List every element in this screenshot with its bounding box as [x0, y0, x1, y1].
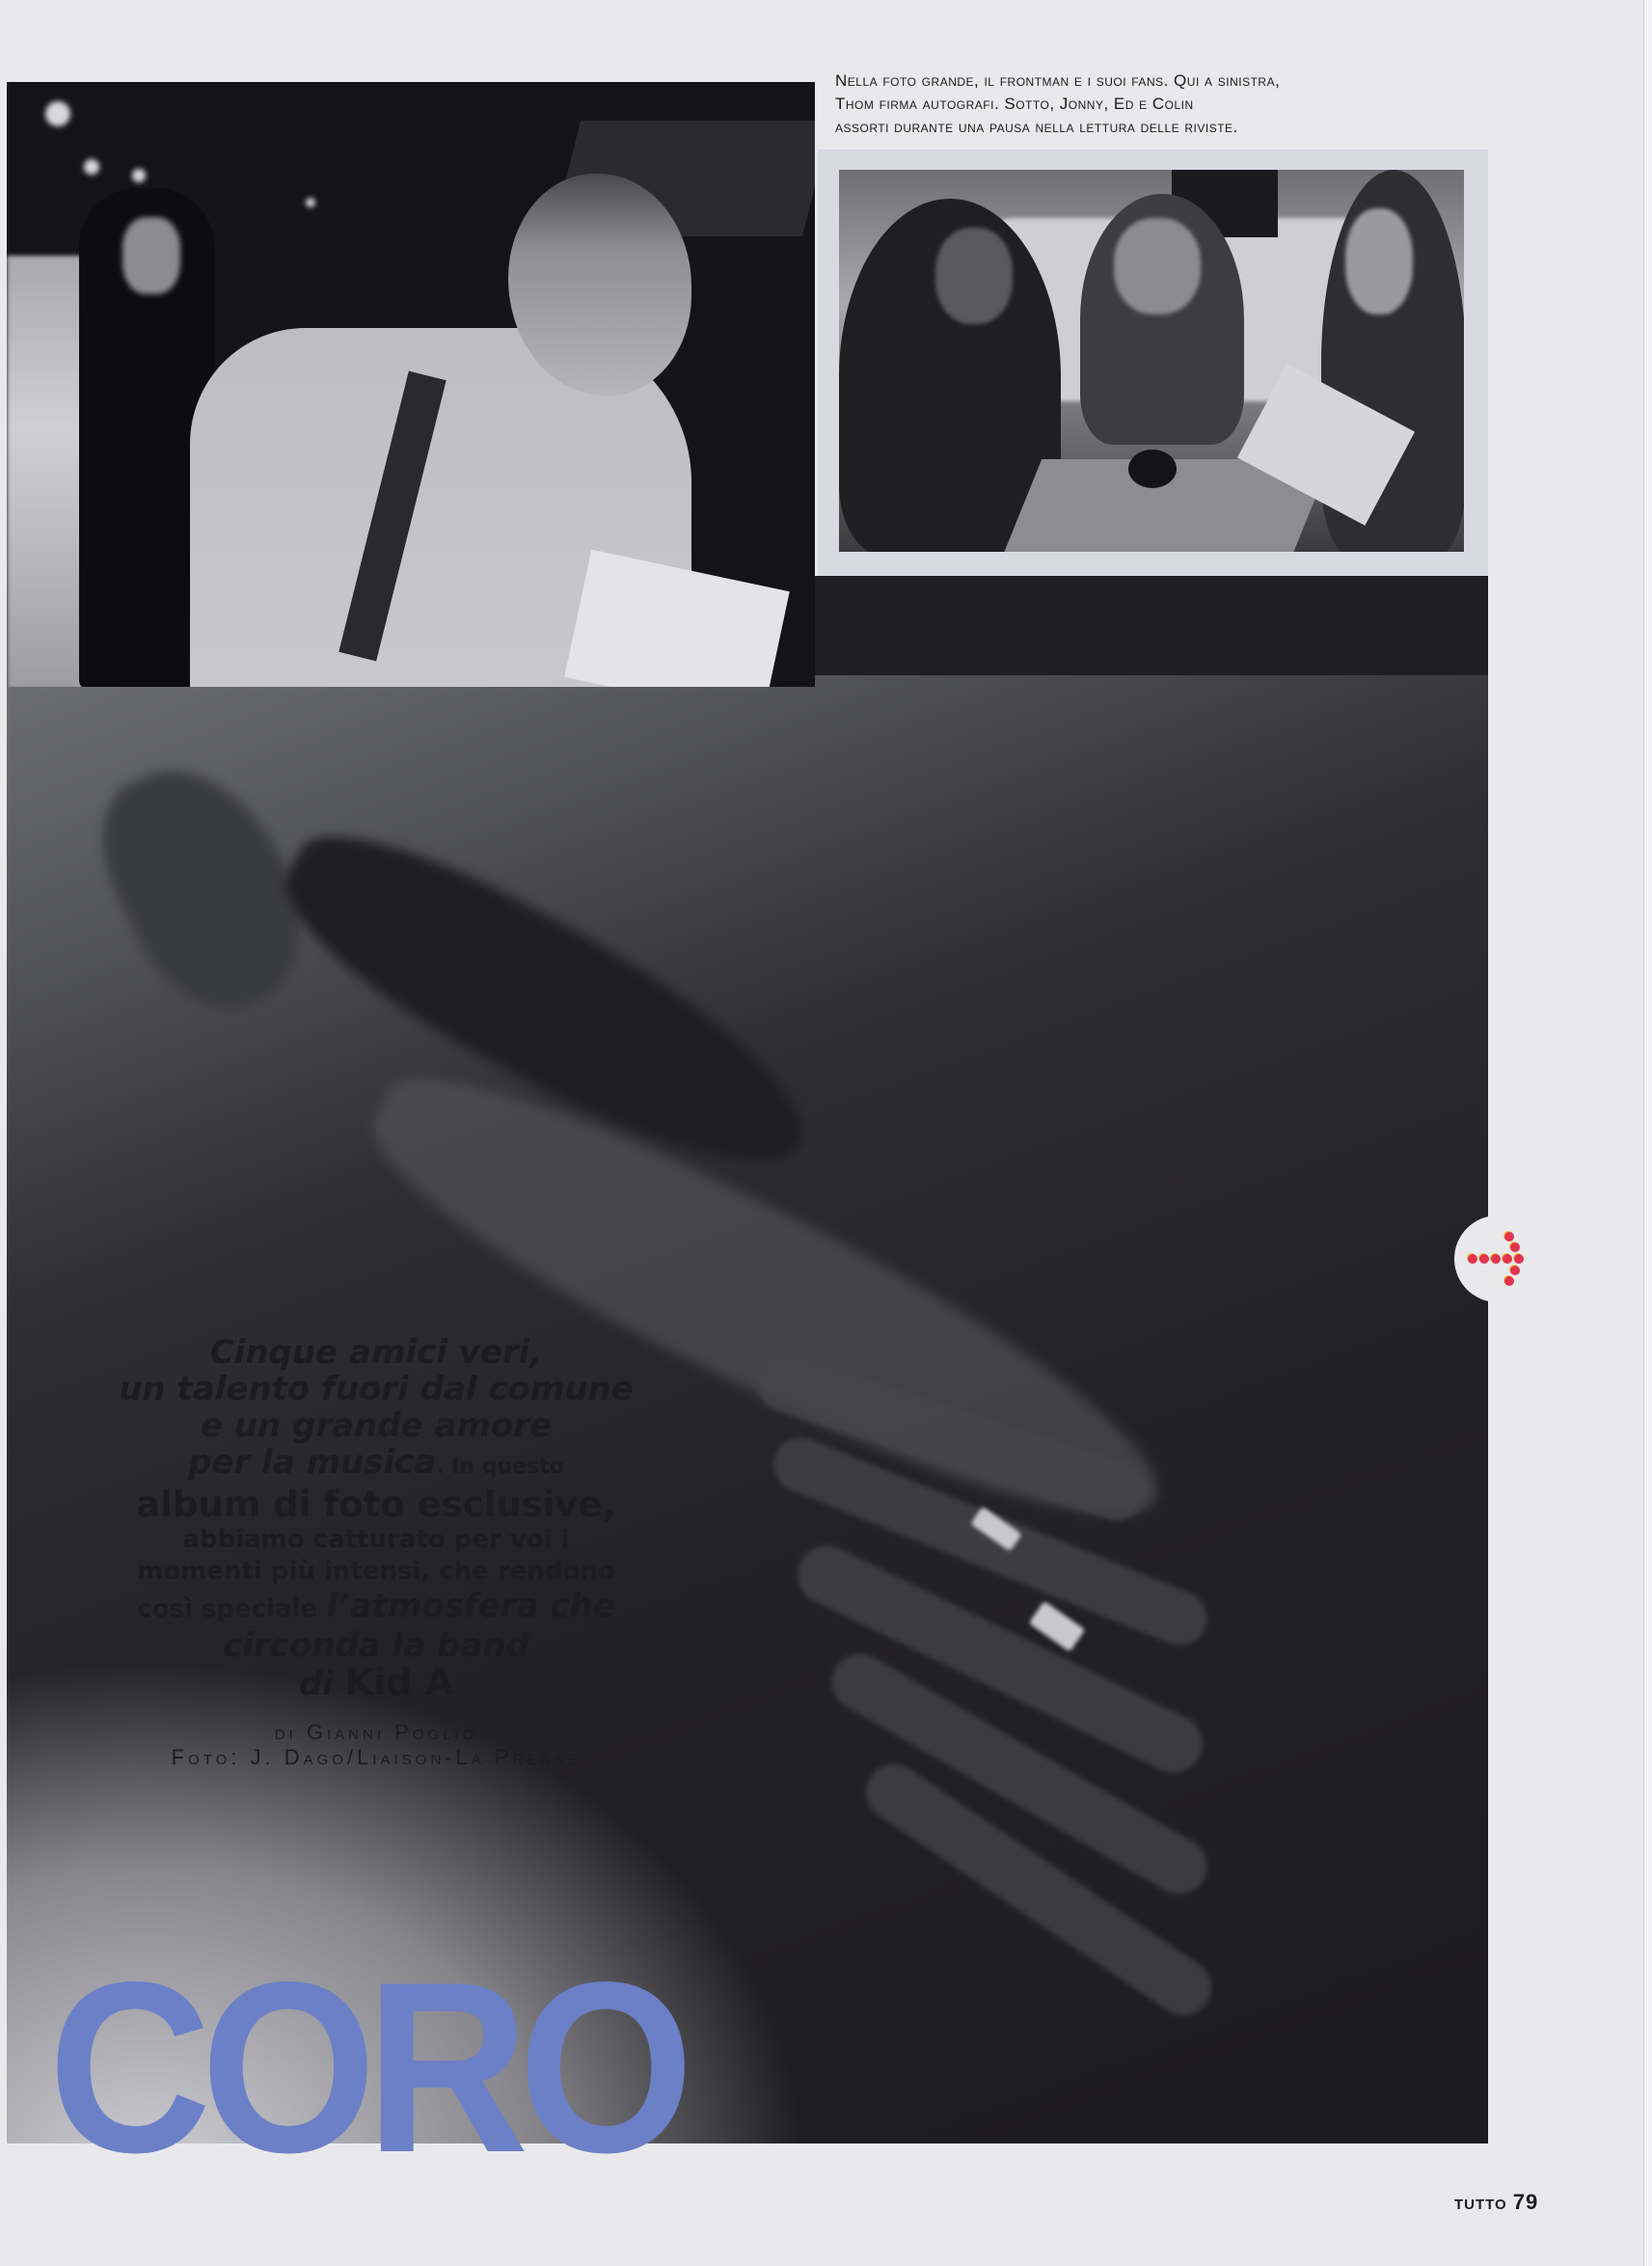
standfirst-line: album di foto esclusive,: [87, 1486, 665, 1524]
photo-notebook: [564, 550, 789, 687]
caption-line: assorti durante una pausa nella lettura …: [835, 116, 1501, 139]
byline: di Gianni Poglio Foto: J. Dago/Liaison-L…: [87, 1720, 665, 1770]
photo-fan-face: [122, 217, 180, 294]
main-photo-upper: [815, 576, 1488, 682]
standfirst-text: così speciale: [137, 1595, 326, 1624]
photo-light: [132, 169, 146, 182]
photo-light: [45, 101, 70, 126]
standfirst-line: per la musica. In questo: [87, 1444, 665, 1486]
photo-credit: Foto: J. Dago/Liaison-La Presse: [87, 1745, 665, 1770]
standfirst: Cinque amici veri, un talento fuori dal …: [87, 1334, 665, 1770]
page-folio: TUTTO79: [1454, 2190, 1538, 2215]
standfirst-line: un talento fuori dal comune: [87, 1371, 665, 1407]
standfirst-line: abbiamo catturato per voi i: [87, 1524, 665, 1556]
magazine-name: TUTTO: [1454, 2197, 1507, 2213]
standfirst-line: circonda la band: [87, 1627, 665, 1664]
photo-face: [935, 228, 1013, 324]
photo-light: [306, 198, 315, 207]
standfirst-bold: Kid A: [345, 1661, 453, 1704]
photo-light: [84, 159, 99, 175]
photo-face: [1114, 218, 1201, 314]
headline: CORO: [48, 1947, 683, 2190]
caption-line: Nella foto grande, il frontman e i suoi …: [835, 69, 1501, 93]
standfirst-text: . In questo: [436, 1455, 564, 1479]
standfirst-italic: l’atmosfera che: [326, 1587, 615, 1625]
standfirst-line: Cinque amici veri,: [87, 1334, 665, 1371]
photo-face: [1345, 208, 1413, 314]
photo-ashtray: [1128, 450, 1177, 488]
photo-band-reading: [839, 170, 1464, 552]
photo-thom-signing: [7, 82, 815, 687]
author-credit: di Gianni Poglio: [87, 1720, 665, 1745]
page-edge: [1643, 0, 1652, 2266]
standfirst-line: momenti più intensi, che rendono: [87, 1556, 665, 1588]
standfirst-italic: per la musica: [188, 1443, 436, 1482]
standfirst-line: e un grande amore: [87, 1407, 665, 1444]
inset-photo-frame: [818, 150, 1488, 576]
caption-line: Thom firma autografi. Sotto, Jonny, Ed e…: [835, 93, 1501, 116]
standfirst-line: così speciale l’atmosfera che: [87, 1588, 665, 1627]
photo-caption: Nella foto grande, il frontman e i suoi …: [835, 69, 1501, 139]
page-number: 79: [1513, 2190, 1538, 2214]
standfirst-line: di Kid A: [87, 1664, 665, 1703]
standfirst-italic: di: [299, 1665, 345, 1704]
